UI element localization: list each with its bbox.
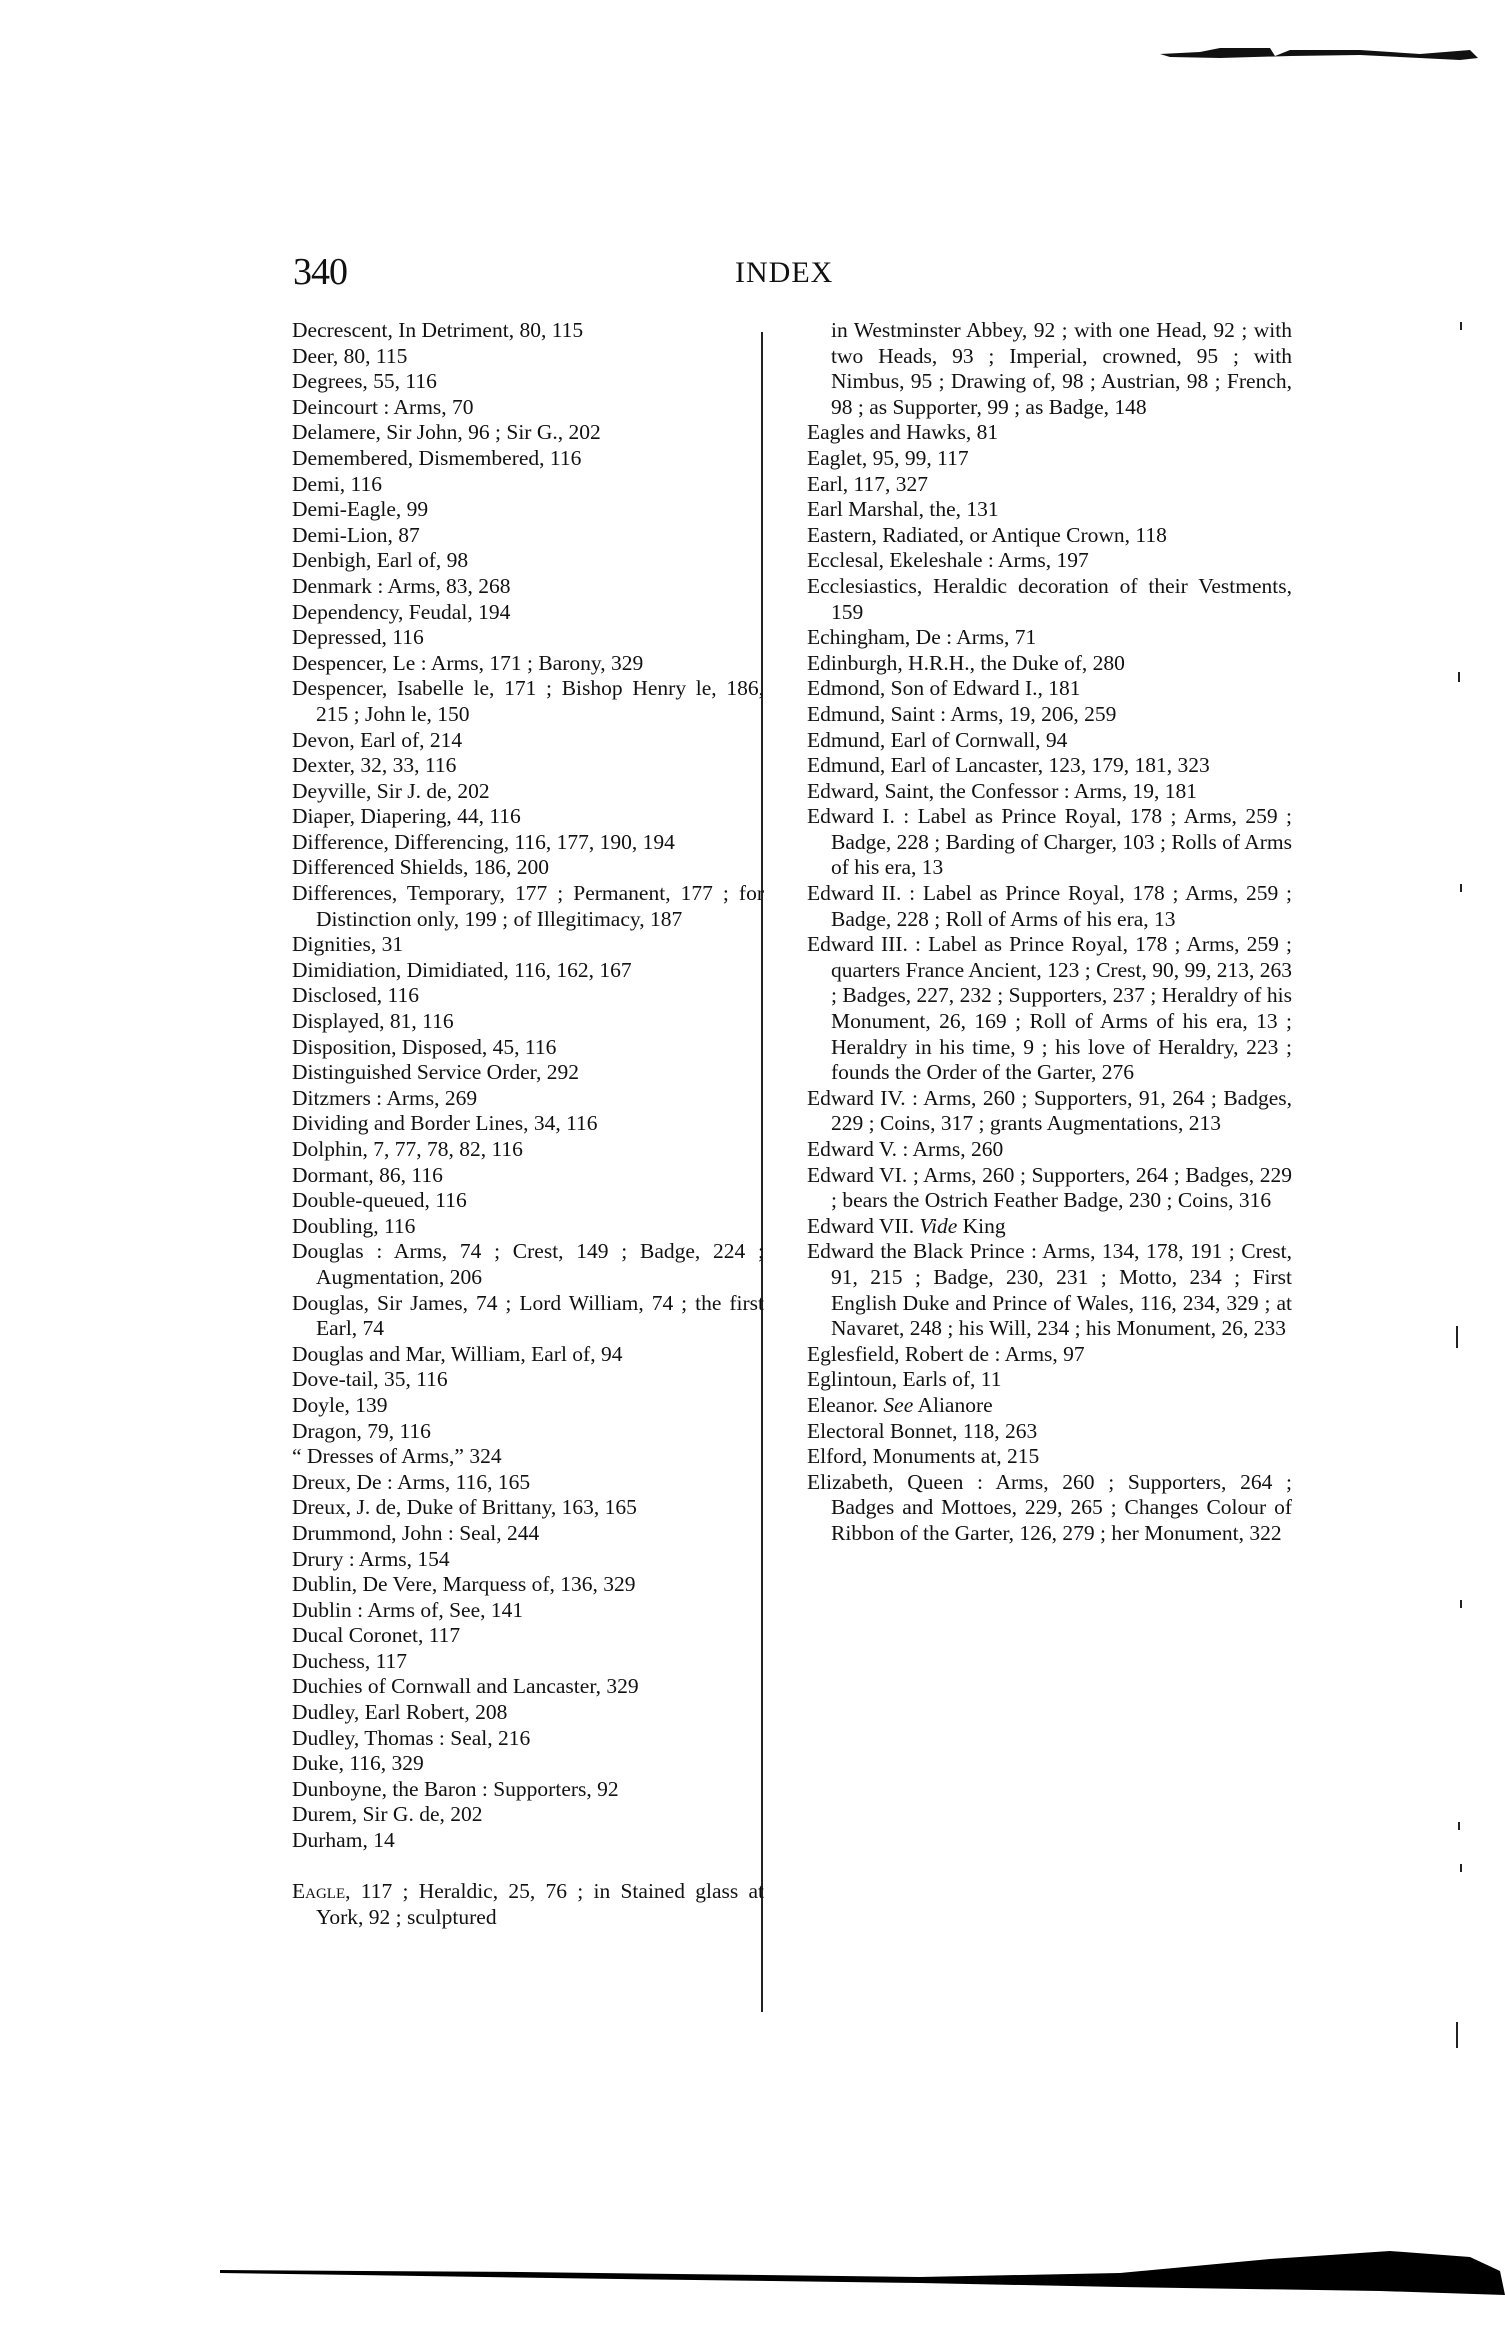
index-entry: Depressed, 116 [292,625,764,651]
index-entry: Dimidiation, Dimidiated, 116, 162, 167 [292,958,764,984]
index-entry: Elizabeth, Queen : Arms, 260 ; Supporter… [807,1470,1292,1547]
index-entry: Difference, Differencing, 116, 177, 190,… [292,830,764,856]
index-entry: Electoral Bonnet, 118, 263 [807,1419,1292,1445]
scan-artifact-top [1160,44,1480,62]
index-entry-list: Edward the Black Prince : Arms, 134, 178… [807,1239,1292,1393]
index-entry: Duchess, 117 [292,1649,764,1675]
index-entry: Edward, Saint, the Confessor : Arms, 19,… [807,779,1292,805]
index-entry: Dove-tail, 35, 116 [292,1367,764,1393]
section-gap [292,1854,764,1880]
index-entry: Eastern, Radiated, or Antique Crown, 118 [807,523,1292,549]
index-entry: Dignities, 31 [292,932,764,958]
index-entry: Douglas : Arms, 74 ; Crest, 149 ; Badge,… [292,1239,764,1290]
index-entry: Disclosed, 116 [292,983,764,1009]
cross-reference-target: Alianore [913,1393,992,1417]
entry-text: Eleanor. [807,1393,883,1417]
index-entry: Dolphin, 7, 77, 78, 82, 116 [292,1137,764,1163]
index-entry: Ecclesal, Ekeleshale : Arms, 197 [807,548,1292,574]
index-entry-edward-vii: Edward VII. Vide King [807,1214,1292,1240]
index-entry: Earl Marshal, the, 131 [807,497,1292,523]
margin-mark [1460,884,1462,892]
index-entry: Edinburgh, H.R.H., the Duke of, 280 [807,651,1292,677]
index-entry: Devon, Earl of, 214 [292,728,764,754]
index-entry: Dudley, Earl Robert, 208 [292,1700,764,1726]
index-entry: Edmund, Saint : Arms, 19, 206, 259 [807,702,1292,728]
index-entry: Demembered, Dismembered, 116 [292,446,764,472]
index-column-left: Decrescent, In Detriment, 80, 115Deer, 8… [292,318,764,1930]
index-entry: Edward II. : Label as Prince Royal, 178 … [807,881,1292,932]
index-entry: Displayed, 81, 116 [292,1009,764,1035]
index-entry: Despencer, Le : Arms, 171 ; Barony, 329 [292,651,764,677]
index-entry: Edward I. : Label as Prince Royal, 178 ;… [807,804,1292,881]
index-entry: Douglas, Sir James, 74 ; Lord William, 7… [292,1291,764,1342]
index-entry: Dreux, De : Arms, 116, 165 [292,1470,764,1496]
scan-artifact-bottom [220,2245,1505,2305]
index-entry: Double-queued, 116 [292,1188,764,1214]
index-entry: Dublin, De Vere, Marquess of, 136, 329 [292,1572,764,1598]
index-entry: Despencer, Isabelle le, 171 ; Bishop Hen… [292,676,764,727]
entry-text: , 117 ; Heraldic, 25, 76 ; in Stained gl… [316,1879,764,1929]
index-entry: Earl, 117, 327 [807,472,1292,498]
index-entry: Eaglet, 95, 99, 117 [807,446,1292,472]
index-entry: Durham, 14 [292,1828,764,1854]
running-head: INDEX [735,256,833,290]
index-entry: Doubling, 116 [292,1214,764,1240]
headword-small-caps: Eagle [292,1879,345,1903]
margin-mark [1456,1326,1458,1348]
cross-reference-word: See [883,1393,913,1417]
index-entry: Dreux, J. de, Duke of Brittany, 163, 165 [292,1495,764,1521]
index-entry: Douglas and Mar, William, Earl of, 94 [292,1342,764,1368]
index-entry: Dragon, 79, 116 [292,1419,764,1445]
margin-mark [1456,2022,1458,2048]
index-entry: Denbigh, Earl of, 98 [292,548,764,574]
index-entry: Dudley, Thomas : Seal, 216 [292,1726,764,1752]
index-entry: Disposition, Disposed, 45, 116 [292,1035,764,1061]
index-entry: Demi-Eagle, 99 [292,497,764,523]
index-entry: Ducal Coronet, 117 [292,1623,764,1649]
entry-text: Edward VII. [807,1214,919,1238]
cross-reference-word: Vide [919,1214,957,1238]
index-entry: Diaper, Diapering, 44, 116 [292,804,764,830]
index-entry-eagle: Eagle, 117 ; Heraldic, 25, 76 ; in Stain… [292,1879,764,1930]
index-entry: Dunboyne, the Baron : Supporters, 92 [292,1777,764,1803]
index-entry: Duke, 116, 329 [292,1751,764,1777]
index-entry: Deincourt : Arms, 70 [292,395,764,421]
index-entry: Differenced Shields, 186, 200 [292,855,764,881]
index-entry: Ditzmers : Arms, 269 [292,1086,764,1112]
index-entry: Eglintoun, Earls of, 11 [807,1367,1292,1393]
index-entry: Dormant, 86, 116 [292,1163,764,1189]
index-entry: Edward III. : Label as Prince Royal, 178… [807,932,1292,1086]
index-entry-list: Decrescent, In Detriment, 80, 115Deer, 8… [292,318,764,1854]
index-entry: Edmond, Son of Edward I., 181 [807,676,1292,702]
index-entry: Deer, 80, 115 [292,344,764,370]
index-entry: Edward IV. : Arms, 260 ; Supporters, 91,… [807,1086,1292,1137]
index-entry: Edward V. : Arms, 260 [807,1137,1292,1163]
index-entry: Distinguished Service Order, 292 [292,1060,764,1086]
index-entry: Durem, Sir G. de, 202 [292,1802,764,1828]
index-entry: Echingham, De : Arms, 71 [807,625,1292,651]
index-entry-list: Electoral Bonnet, 118, 263Elford, Monume… [807,1419,1292,1547]
index-column-right: in Westminster Abbey, 92 ; with one Head… [807,318,1292,1547]
index-entry: Edmund, Earl of Cornwall, 94 [807,728,1292,754]
index-entry: Eagles and Hawks, 81 [807,420,1292,446]
cross-reference-target: King [957,1214,1005,1238]
index-entry: Doyle, 139 [292,1393,764,1419]
index-entry: Edmund, Earl of Lancaster, 123, 179, 181… [807,753,1292,779]
margin-mark [1460,1864,1462,1872]
index-entry: “ Dresses of Arms,” 324 [292,1444,764,1470]
index-entry-eleanor: Eleanor. See Alianore [807,1393,1292,1419]
index-entry: Denmark : Arms, 83, 268 [292,574,764,600]
margin-mark [1460,322,1462,330]
index-entry: Duchies of Cornwall and Lancaster, 329 [292,1674,764,1700]
index-entry: Drummond, John : Seal, 244 [292,1521,764,1547]
index-entry: Eglesfield, Robert de : Arms, 97 [807,1342,1292,1368]
index-entry: Deyville, Sir J. de, 202 [292,779,764,805]
index-entry: Dependency, Feudal, 194 [292,600,764,626]
index-entry: Edward the Black Prince : Arms, 134, 178… [807,1239,1292,1341]
index-entry: Degrees, 55, 116 [292,369,764,395]
index-entry: Dividing and Border Lines, 34, 116 [292,1111,764,1137]
margin-mark [1460,1600,1462,1608]
index-entry: Ecclesiastics, Heraldic decoration of th… [807,574,1292,625]
index-entry: Dexter, 32, 33, 116 [292,753,764,779]
index-entry: Decrescent, In Detriment, 80, 115 [292,318,764,344]
index-entry: Elford, Monuments at, 215 [807,1444,1292,1470]
index-entry: Demi, 116 [292,472,764,498]
page-number: 340 [293,250,347,294]
margin-mark [1458,672,1460,682]
index-entry: Differences, Temporary, 177 ; Permanent,… [292,881,764,932]
index-entry-continuation: in Westminster Abbey, 92 ; with one Head… [807,318,1292,420]
index-entry: Drury : Arms, 154 [292,1547,764,1573]
index-entry: Dublin : Arms of, See, 141 [292,1598,764,1624]
index-entry: Delamere, Sir John, 96 ; Sir G., 202 [292,420,764,446]
index-entry: Demi-Lion, 87 [292,523,764,549]
index-entry-list: Eagles and Hawks, 81Eaglet, 95, 99, 117E… [807,420,1292,1213]
margin-mark [1458,1822,1460,1830]
index-entry: Edward VI. ; Arms, 260 ; Supporters, 264… [807,1163,1292,1214]
